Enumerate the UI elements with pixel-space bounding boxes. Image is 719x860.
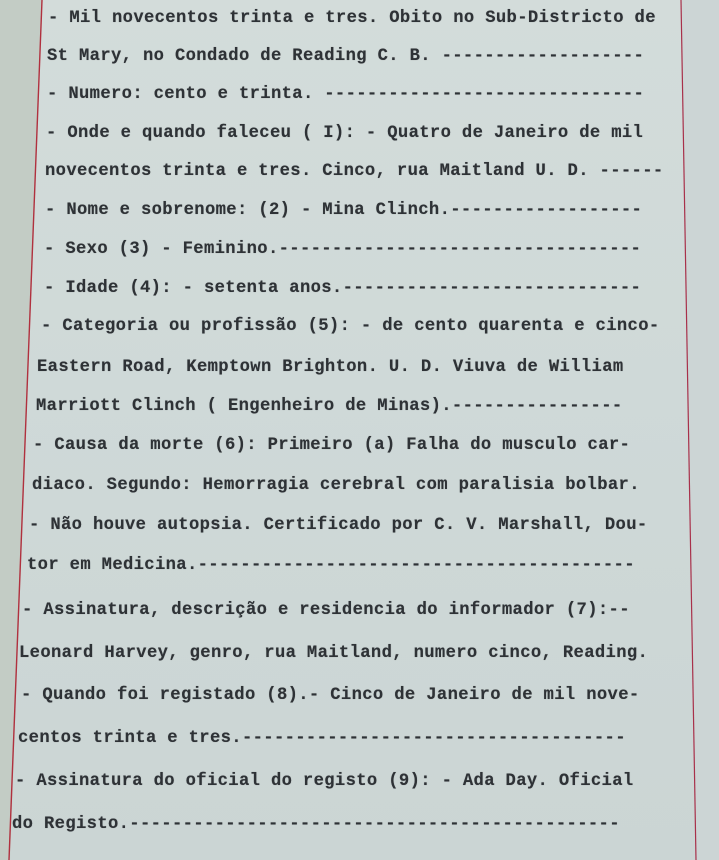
- text-line-13: diaco. Segundo: Hemorragia cerebral com …: [32, 476, 640, 495]
- text-line-14: - Não houve autopsia. Certificado por C.…: [29, 516, 648, 535]
- text-line-12: - Causa da morte (6): Primeiro (a) Falha…: [33, 436, 630, 455]
- text-line-6: - Nome e sobrenome: (2) - Mina Clinch.--…: [45, 201, 642, 220]
- text-line-1: - Mil novecentos trinta e tres. Obito no…: [48, 9, 656, 28]
- text-line-21: do Registo.-----------------------------…: [12, 815, 620, 834]
- text-line-15: tor em Medicina.------------------------…: [27, 556, 635, 575]
- text-line-20: - Assinatura do oficial do registo (9): …: [15, 772, 634, 791]
- text-line-4: - Onde e quando faleceu ( I): - Quatro d…: [46, 124, 643, 143]
- text-line-11: Marriott Clinch ( Engenheiro de Minas).-…: [36, 397, 623, 416]
- text-line-3: - Numero: cento e trinta. --------------…: [47, 85, 644, 104]
- text-line-18: - Quando foi registado (8).- Cinco de Ja…: [21, 686, 640, 705]
- text-line-9: - Categoria ou profissão (5): - de cento…: [41, 317, 660, 336]
- text-line-8: - Idade (4): - setenta anos.------------…: [44, 279, 641, 298]
- text-line-10: Eastern Road, Kemptown Brighton. U. D. V…: [37, 358, 624, 377]
- text-line-19: centos trinta e tres.-------------------…: [18, 729, 626, 748]
- text-line-17: Leonard Harvey, genro, rua Maitland, num…: [19, 644, 648, 663]
- right-margin-line: [681, 0, 696, 860]
- document-page: - Mil novecentos trinta e tres. Obito no…: [0, 0, 719, 860]
- text-line-7: - Sexo (3) - Feminino.------------------…: [44, 240, 641, 259]
- text-line-2: St Mary, no Condado de Reading C. B. ---…: [47, 47, 644, 66]
- text-line-5: novecentos trinta e tres. Cinco, rua Mai…: [45, 162, 664, 181]
- text-line-16: - Assinatura, descrição e residencia do …: [22, 601, 630, 620]
